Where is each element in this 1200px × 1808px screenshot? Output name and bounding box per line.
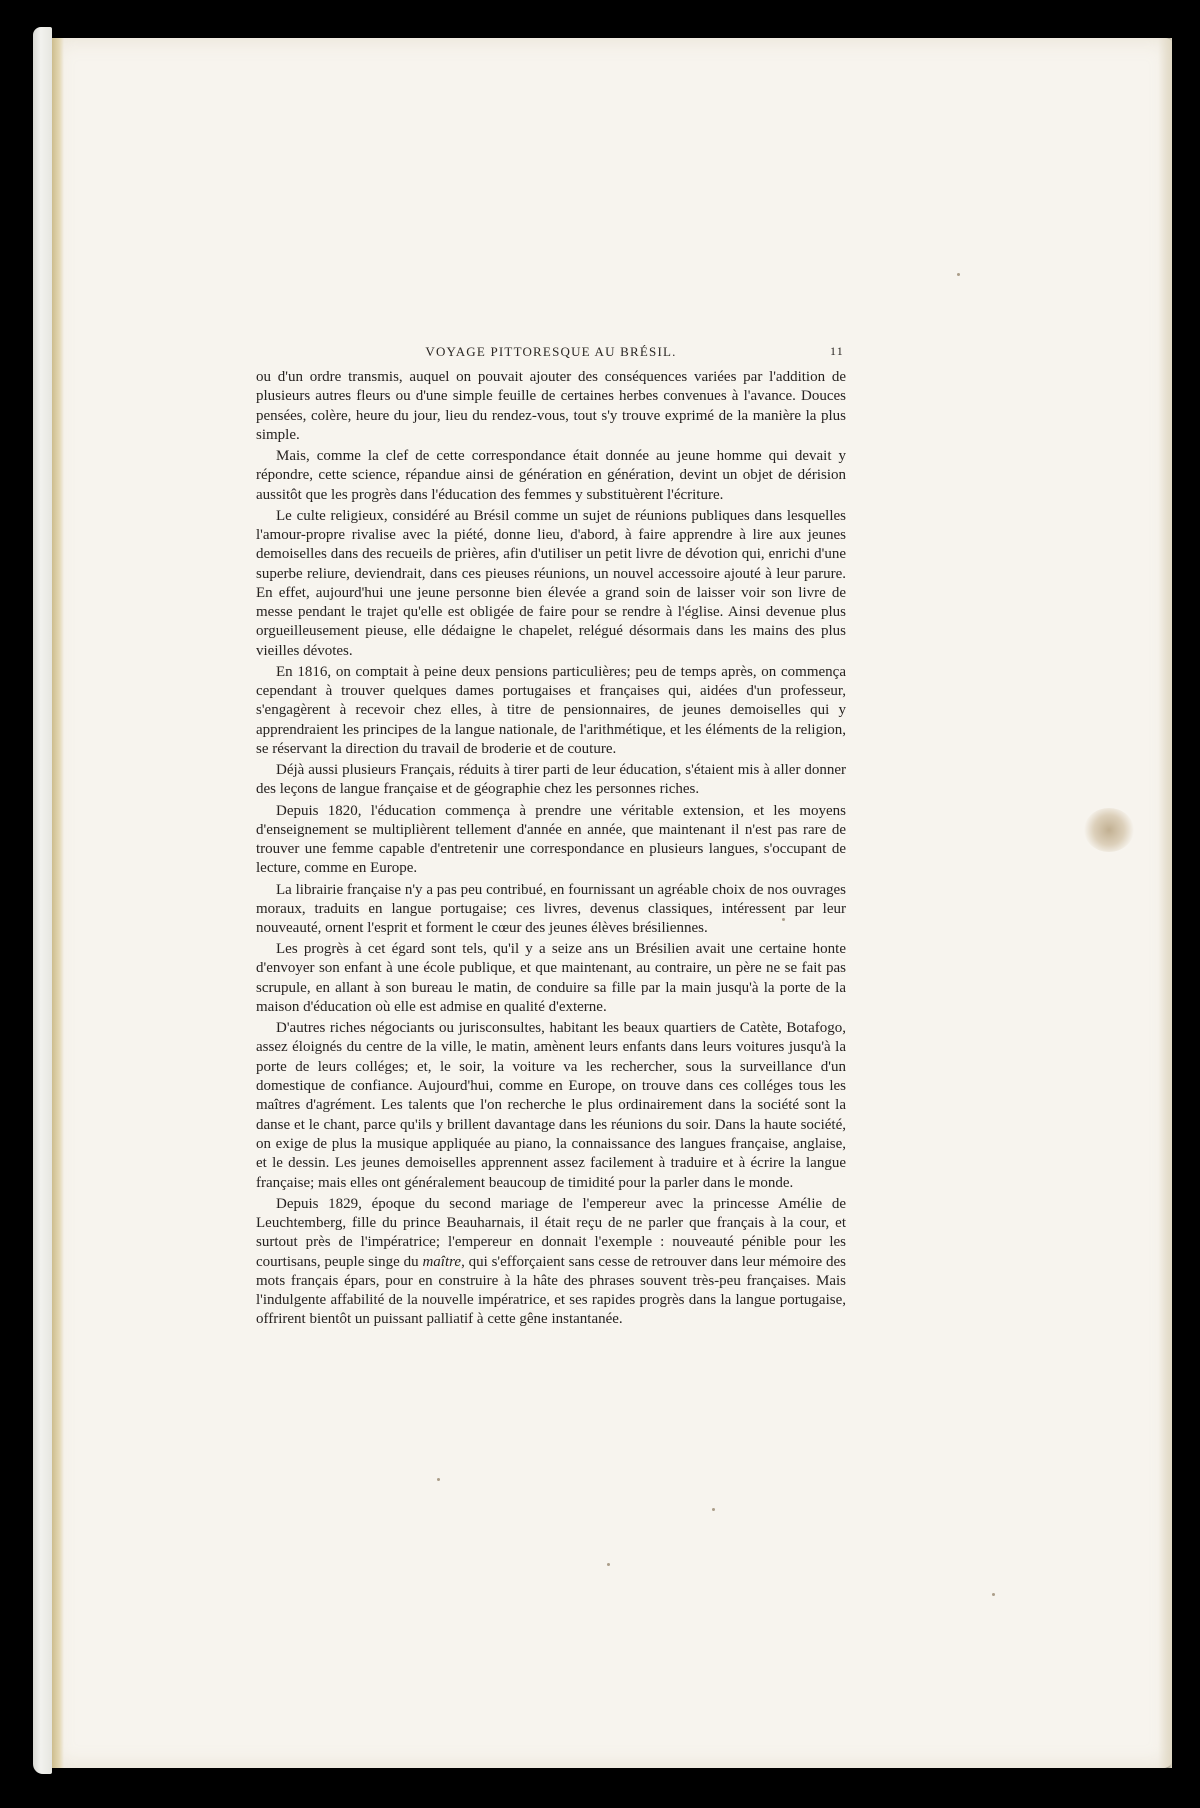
- page-number: 11: [830, 344, 844, 359]
- paragraph: Depuis 1829, époque du second mariage de…: [256, 1195, 846, 1330]
- running-title: VOYAGE PITTORESQUE AU BRÉSIL.: [256, 344, 846, 360]
- foxing-dot: [607, 1563, 610, 1566]
- foxing-dot: [957, 273, 960, 276]
- running-head: VOYAGE PITTORESQUE AU BRÉSIL. 11: [256, 344, 846, 362]
- paragraph: Mais, comme la clef de cette corresponda…: [256, 447, 846, 505]
- body-text: ou d'un ordre transmis, auquel on pouvai…: [256, 368, 846, 1332]
- paragraph: Depuis 1820, l'éducation commença à pren…: [256, 802, 846, 879]
- foxing-dot: [712, 1508, 715, 1511]
- paragraph: D'autres riches négociants ou jurisconsu…: [256, 1019, 846, 1193]
- italic-word: maître: [422, 1254, 461, 1270]
- paragraph: En 1816, on comptait à peine deux pensio…: [256, 663, 846, 759]
- book-spine-edge: [33, 27, 52, 1774]
- paragraph: Les progrès à cet égard sont tels, qu'il…: [256, 940, 846, 1017]
- foxing-dot: [992, 1593, 995, 1596]
- foxing-dot: [437, 1478, 440, 1481]
- foxing-stain: [1084, 808, 1134, 852]
- paragraph: Le culte religieux, considéré au Brésil …: [256, 507, 846, 661]
- paragraph: Déjà aussi plusieurs Français, réduits à…: [256, 761, 846, 800]
- paragraph: La librairie française n'y a pas peu con…: [256, 881, 846, 939]
- paragraph: ou d'un ordre transmis, auquel on pouvai…: [256, 368, 846, 445]
